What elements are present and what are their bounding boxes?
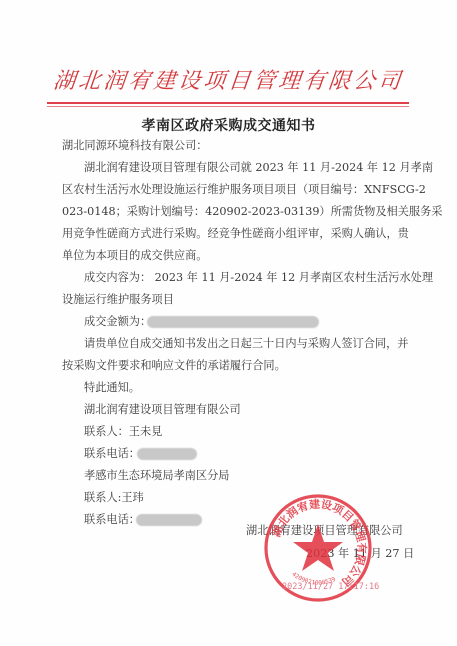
- letterhead-company-name: 湖北润宥建设项目管理有限公司: [0, 64, 457, 95]
- content-line: 成交内容为： 2023 年 11 月-2024 年 12 月孝南区农村生活污水处…: [84, 271, 433, 285]
- body-line: 湖北润宥建设项目管理有限公司就 2023 年 11 月-2024 年 12 月孝…: [84, 161, 433, 175]
- document-title: 孝南区政府采购成交通知书: [0, 115, 457, 135]
- contact-phone-redacted: [137, 448, 197, 460]
- contact-phone-label: 联系电话：: [84, 513, 140, 527]
- body-line: 用竞争性磋商方式进行采购。经竞争性磋商小组评审，采购人确认，贵: [62, 227, 409, 241]
- contact-organization: 孝感市生态环境局孝南区分局: [84, 469, 229, 483]
- closing: 特此通知。: [84, 381, 140, 395]
- body-line: 023-0148；采购计划编号：420902-2023-03139）所需货物及相…: [62, 205, 443, 219]
- contact-phone-redacted: [136, 514, 202, 526]
- letterhead-divider-thin: [47, 106, 409, 107]
- contact-person: 联系人：王未見: [84, 425, 162, 439]
- instruction-line: 按采购文件要求和响应文件的承诺履行合同。: [62, 359, 286, 373]
- body-line: 单位为本项目的成交供应商。: [62, 249, 207, 263]
- addressee: 湖北同源环境科技有限公司：: [62, 139, 207, 153]
- instruction-line: 请贵单位自成交通知书发出之日起三十日内与采购人签订合同，并: [84, 337, 408, 351]
- stamp-timestamp: 2023/11/27 17:17:16: [282, 582, 379, 592]
- body-line: 区农村生活污水处理设施运行维护服务项目项目（项目编号：XNFSCG-2: [62, 183, 426, 197]
- document-page: 湖北润宥建设项目管理有限公司 孝南区政府采购成交通知书 湖北同源环境科技有限公司…: [0, 0, 457, 646]
- contact-organization: 湖北润宥建设项目管理有限公司: [84, 403, 241, 417]
- contact-phone-label: 联系电话：: [84, 447, 140, 461]
- content-line: 设施运行维护服务项目: [62, 293, 174, 307]
- amount-redacted: [147, 316, 319, 328]
- contact-person: 联系人:王玮: [84, 491, 144, 505]
- amount-label: 成交金额为：: [84, 315, 151, 329]
- letterhead-divider-thick: [47, 102, 409, 104]
- star-icon: [293, 524, 343, 571]
